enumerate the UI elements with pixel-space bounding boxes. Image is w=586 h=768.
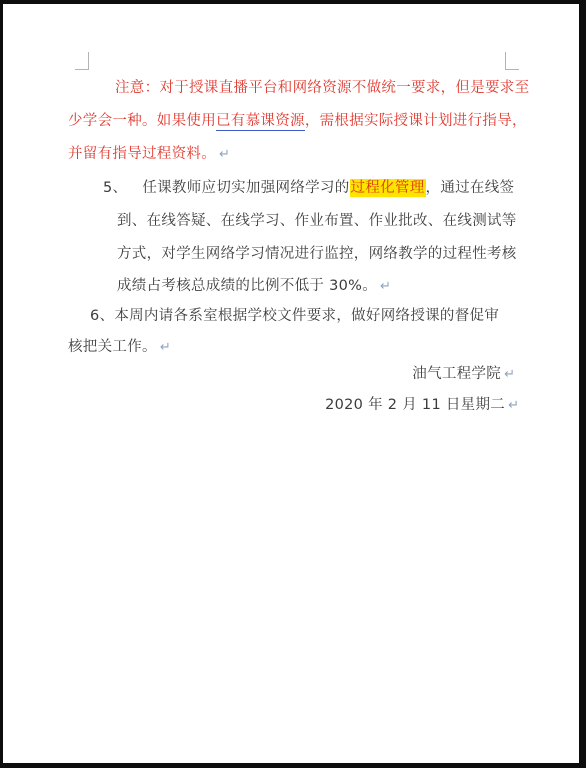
process-management-highlight: 过程化管理 xyxy=(350,179,426,197)
signature-text: 油气工程学院 xyxy=(412,366,501,382)
item6-line-2: 核把关工作。↵ xyxy=(68,337,171,358)
item5-line-4-text: 成绩占考核总成绩的比例不低于 30%。 xyxy=(117,278,377,294)
item5-line-3-text: 方式，对学生网络学习情况进行监控，网络教学的过程性考核 xyxy=(117,246,517,262)
item5-line-2: 到、在线答疑、在线学习、作业布置、作业批改、在线测试等 xyxy=(117,211,517,231)
mooc-resource-link[interactable]: 已有慕课资源 xyxy=(216,113,305,131)
paragraph-mark-icon: ↵ xyxy=(380,279,391,294)
margin-crop-mark-top-left-icon xyxy=(75,52,89,70)
document-page: 注意：对于授课直播平台和网络资源不做统一要求，但是要求至 少学会一种。如果使用已… xyxy=(3,4,579,763)
note-line-1-text: 注意：对于授课直播平台和网络资源不做统一要求，但是要求至 xyxy=(115,80,529,96)
item5-line-1-pre: 任课教师应切实加强网络学习的 xyxy=(142,180,349,196)
note-line-2-post: ，需根据实际授课计划进行指导， xyxy=(305,113,527,129)
document-screenshot: 注意：对于授课直播平台和网络资源不做统一要求，但是要求至 少学会一种。如果使用已… xyxy=(0,0,586,768)
date-text: 2020 年 2 月 11 日星期二 xyxy=(325,397,505,413)
item5-line-1: 5、任课教师应切实加强网络学习的过程化管理，通过在线签 xyxy=(103,178,514,198)
signature-line: 油气工程学院↵ xyxy=(412,364,515,385)
paragraph-mark-icon: ↵ xyxy=(508,398,519,413)
paragraph-mark-icon: ↵ xyxy=(160,340,171,355)
item6-line-2-text: 核把关工作。 xyxy=(68,339,157,355)
item5-line-4: 成绩占考核总成绩的比例不低于 30%。↵ xyxy=(117,276,391,297)
note-line-3: 并留有指导过程资料。↵ xyxy=(68,144,230,165)
item5-line-2-text: 到、在线答疑、在线学习、作业布置、作业批改、在线测试等 xyxy=(117,213,517,229)
item5-number: 5、 xyxy=(103,180,127,196)
item5-line-3: 方式，对学生网络学习情况进行监控，网络教学的过程性考核 xyxy=(117,244,517,264)
item6-line-1-text: 6、本周内请各系室根据学校文件要求，做好网络授课的督促审 xyxy=(90,308,499,324)
paragraph-mark-icon: ↵ xyxy=(219,147,230,162)
note-line-1: 注意：对于授课直播平台和网络资源不做统一要求，但是要求至 xyxy=(115,78,529,98)
note-line-2: 少学会一种。如果使用已有慕课资源，需根据实际授课计划进行指导， xyxy=(68,111,527,131)
margin-crop-mark-top-right-icon xyxy=(505,52,519,70)
note-line-2-pre: 少学会一种。如果使用 xyxy=(68,113,216,129)
item6-line-1: 6、本周内请各系室根据学校文件要求，做好网络授课的督促审 xyxy=(90,306,499,326)
item5-line-1-post: ，通过在线签 xyxy=(426,180,515,196)
note-line-3-text: 并留有指导过程资料。 xyxy=(68,146,216,162)
paragraph-mark-icon: ↵ xyxy=(504,367,515,382)
date-line: 2020 年 2 月 11 日星期二↵ xyxy=(325,395,519,416)
